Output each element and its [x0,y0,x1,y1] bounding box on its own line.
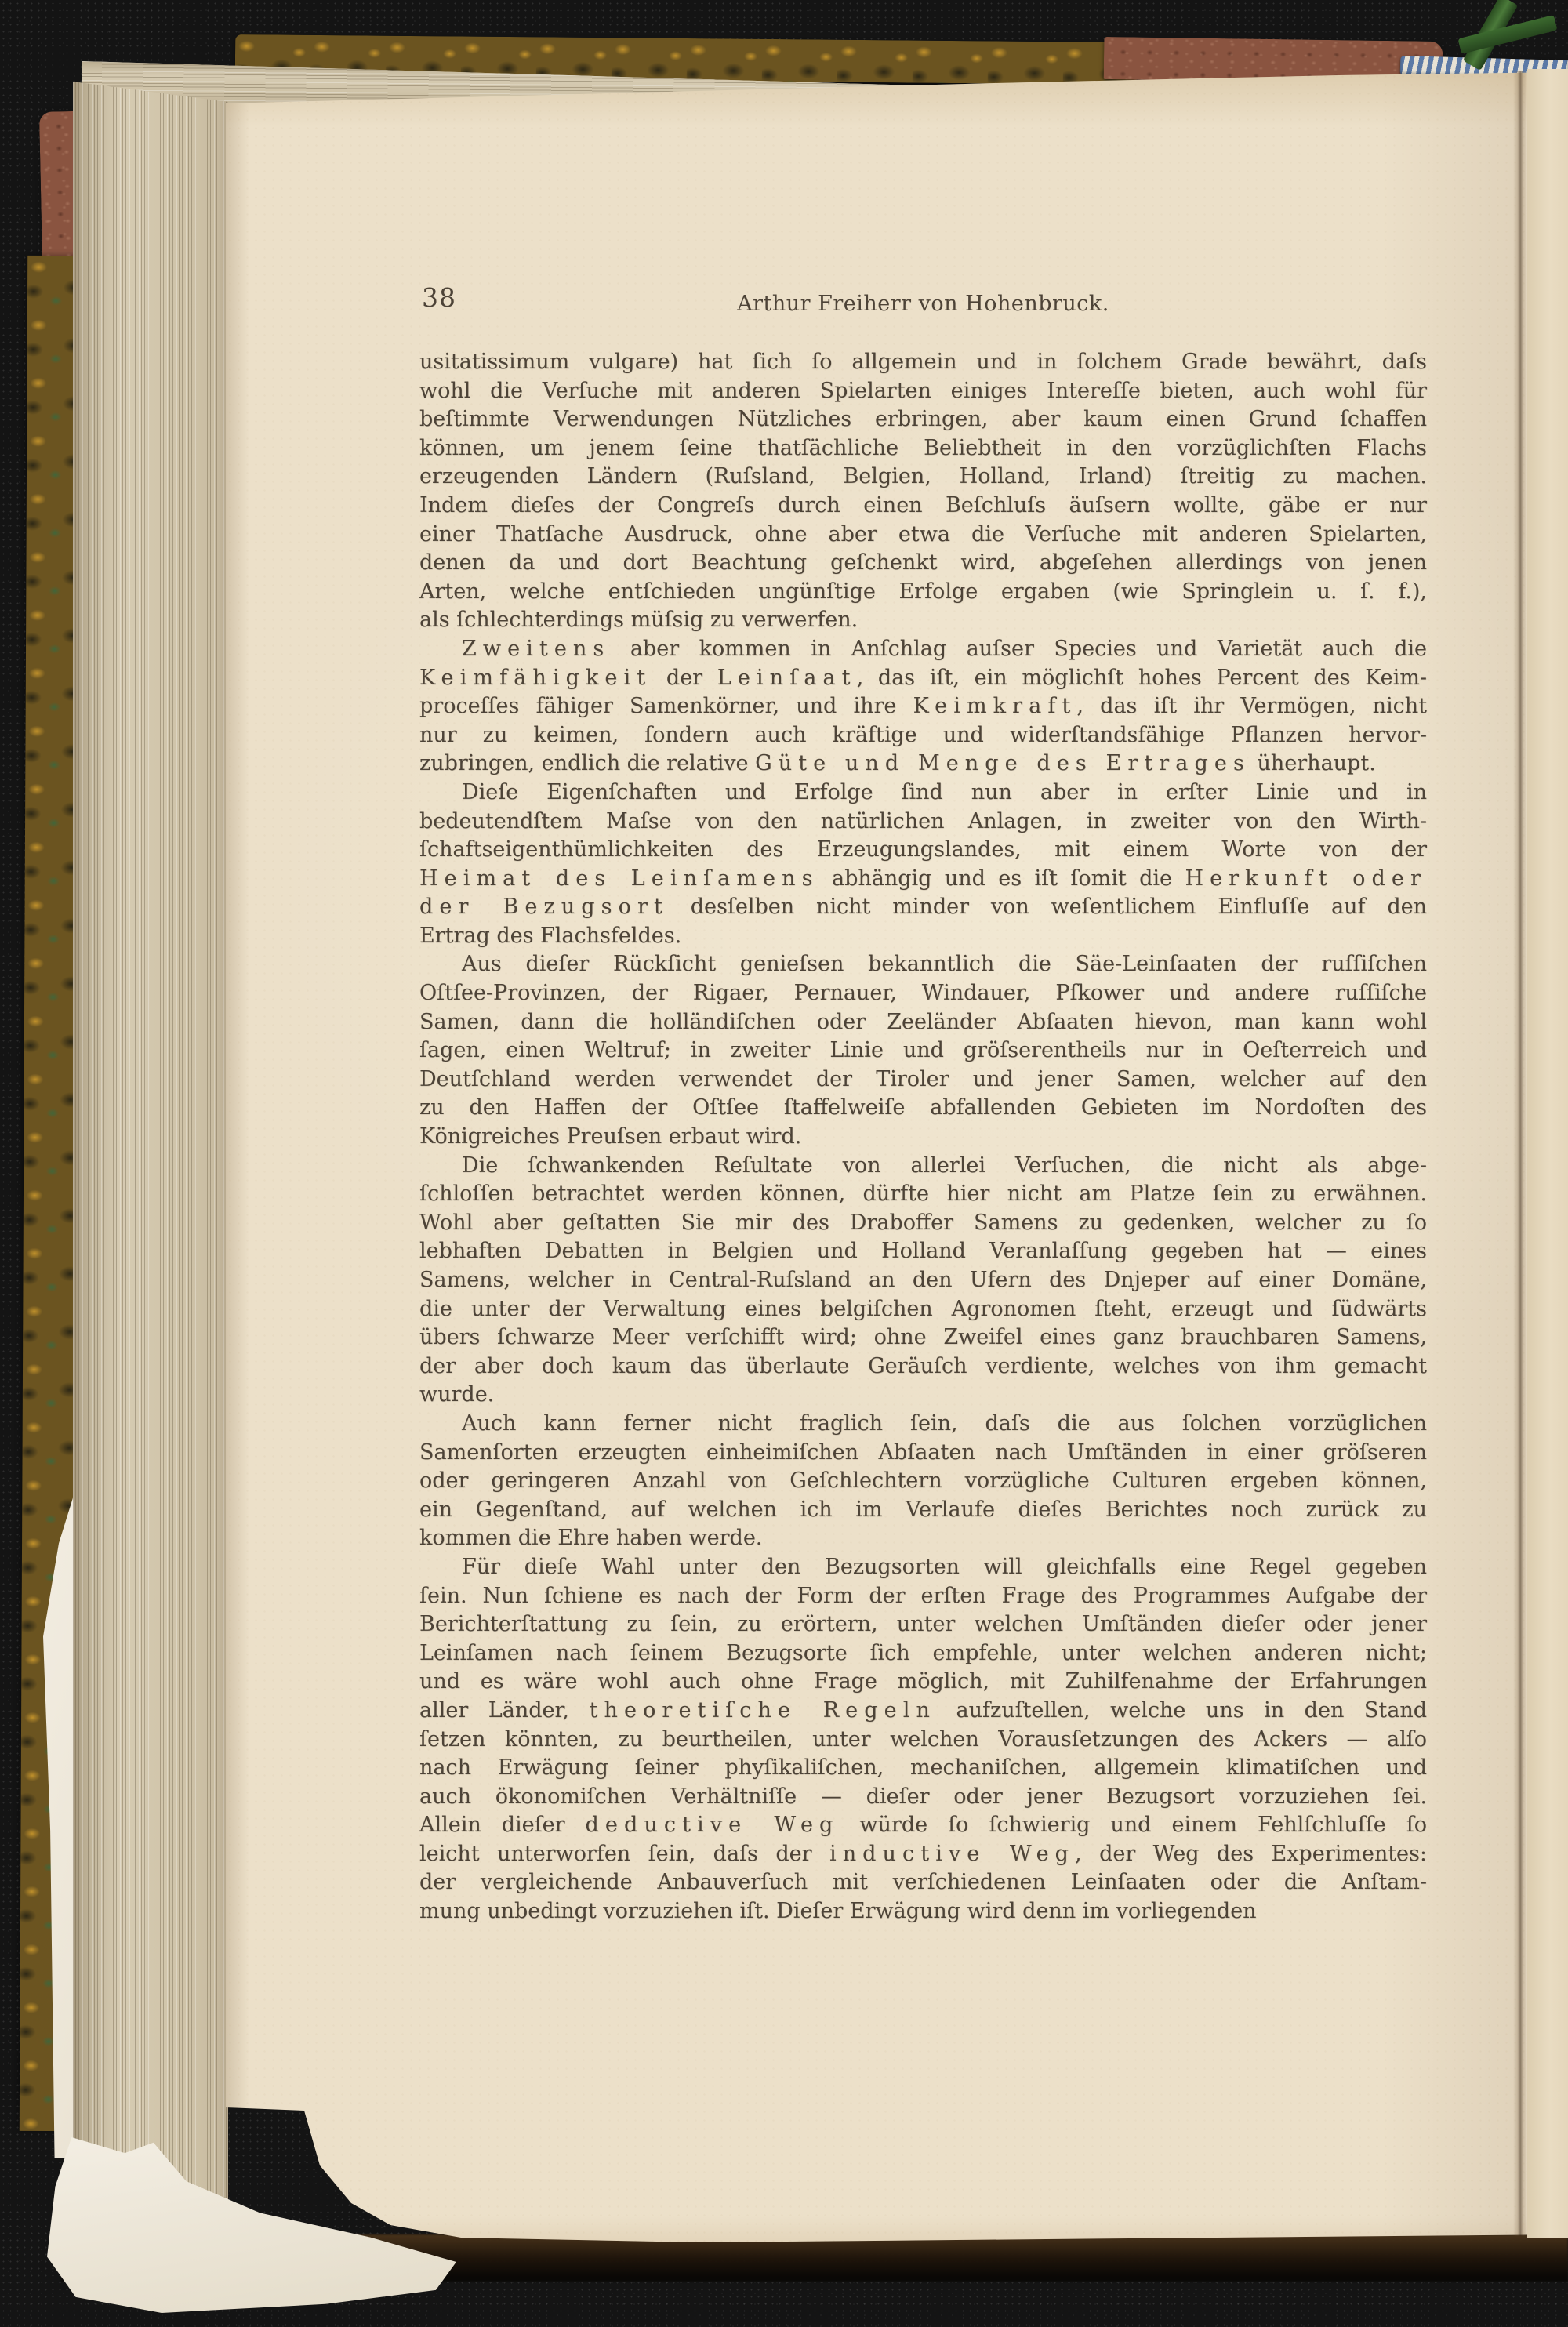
paragraph: Auch kann ferner nicht fraglich ſein, da… [419,1410,1427,1553]
text-segment: Aus dieſer Rückſicht genieſsen bekanntli… [462,952,1427,976]
text-segment: Auch kann ferner nicht fraglich ſein, da… [462,1411,1427,1436]
text-segment: , der Weg des Experimentes: [1075,1842,1427,1866]
text-segment: aber kommen in Anſchlag auſser Species u… [610,637,1427,661]
text-segment: Samenſorten erzeugten einheimiſchen Abſa… [419,1440,1427,1465]
text-line: Wohl aber geſtatten Sie mir des Draboffe… [419,1209,1427,1238]
text-segment: ſchloſſen betrachtet werden können, dürf… [419,1182,1427,1206]
text-segment: ein Gegenſtand, auf welchen ich im Verla… [419,1497,1427,1522]
text-segment: bedeutendſtem Maſse von den natürlichen … [419,809,1427,833]
text-line: Deutſchland werden verwendet der Tiroler… [419,1065,1427,1095]
text-segment: einer Thatſache Ausdruck, ohne aber etwa… [419,522,1427,546]
emphasized-text: Zweitens [462,637,610,661]
text-segment: oder geringeren Anzahl von Geſchlechtern… [419,1468,1427,1493]
text-line: Königreiches Preuſsen erbaut wird. [419,1123,1427,1152]
paragraph: Für dieſe Wahl unter den Bezugsorten wil… [419,1553,1427,1926]
text-segment: abhängig und es iſt ſomit die [819,866,1185,891]
emphasized-text: Keimkraft [913,694,1077,718]
text-line: die unter der Verwaltung eines belgiſche… [419,1295,1427,1324]
text-line: kommen die Ehre haben werde. [419,1524,1427,1553]
text-line: ſein. Nun ſchiene es nach der Form der e… [419,1582,1427,1611]
running-header: Arthur Freiherr von Hohenbruck. [419,292,1427,316]
text-segment: Leinſamen nach ſeinem Bezugsorte ſich em… [419,1641,1427,1665]
paragraph: Die ſchwankenden Reſultate von allerlei … [419,1152,1427,1410]
text-line: zu den Haffen der Oſtſee ſtaffelweiſe ab… [419,1094,1427,1123]
text-line: erzeugenden Ländern (Ruſsland, Belgien, … [419,463,1427,492]
text-segment: kommen die Ehre haben werde. [419,1526,762,1550]
text-segment: und es wäre wohl auch ohne Frage möglich… [419,1669,1427,1694]
emphasized-text: Herkunft oder [1185,866,1427,891]
text-line: Auch kann ferner nicht fraglich ſein, da… [419,1410,1427,1439]
text-line: ein Gegenſtand, auf welchen ich im Verla… [419,1496,1427,1525]
text-segment: auch ökonomiſchen Verhältniſſe — dieſer … [419,1784,1427,1809]
emphasized-text: Heimat des Leinſamens [419,866,819,891]
text-line: ſagen, einen Weltruf; in zweiter Linie u… [419,1036,1427,1065]
text-segment: aller Länder, [419,1698,590,1723]
text-segment: zu den Haffen der Oſtſee ſtaffelweiſe ab… [419,1095,1427,1120]
text-segment: Arten, welche entſchieden ungünſtige Erf… [419,579,1427,604]
text-line: Zweitens aber kommen in Anſchlag auſser … [419,635,1427,664]
paragraph: usitatissimum vulgare) hat ſich ſo allge… [419,348,1427,635]
bookmark-ribbon [1444,0,1568,78]
text-line: Für dieſe Wahl unter den Bezugsorten wil… [419,1553,1427,1582]
text-line: der vergleichende Anbauverſuch mit verſc… [419,1868,1427,1897]
text-line: können, um jenem ſeine thatſächliche Bel… [419,434,1427,463]
text-segment: nach Erwägung ſeiner phyſikaliſchen, mec… [419,1755,1427,1780]
text-line: leicht unterworfen ſein, daſs der induct… [419,1840,1427,1869]
text-line: als ſchlechterdings müſsig zu verwerfen. [419,606,1427,635]
text-segment: als ſchlechterdings müſsig zu verwerfen. [419,608,858,632]
text-segment: , das iſt, ein möglichſt hohes Percent d… [857,666,1427,690]
text-segment: ſein. Nun ſchiene es nach der Form der e… [419,1584,1427,1608]
text-line: ſchaftseigenthümlichkeiten des Erzeugung… [419,836,1427,865]
gutter-crease [1513,71,1527,2236]
text-line: Heimat des Leinſamens abhängig und es iſ… [419,865,1427,894]
text-segment: wurde. [419,1382,494,1407]
text-line: der aber doch kaum das überlaute Geräuſc… [419,1352,1427,1381]
text-segment: Die ſchwankenden Reſultate von allerlei … [462,1153,1427,1178]
text-line: Keimfähigkeit der Leinſaat, das iſt, ein… [419,664,1427,693]
emphasized-text: der Bezugsort [419,895,669,919]
text-segment: ſagen, einen Weltruf; in zweiter Linie u… [419,1038,1427,1062]
text-segment: aufzuſtellen, welche uns in den Stand [936,1698,1427,1723]
text-line: übers ſchwarze Meer verſchifft wird; ohn… [419,1323,1427,1352]
text-segment: leicht unterworfen ſein, daſs der [419,1842,829,1866]
text-line: Samens, welcher in Central-Ruſsland an d… [419,1266,1427,1295]
text-segment: proceſſes fähiger Samenkörner, und ihre [419,694,913,718]
text-line: auch ökonomiſchen Verhältniſſe — dieſer … [419,1783,1427,1812]
text-line: nur zu keimen, ſondern auch kräftige und… [419,721,1427,750]
text-segment: üherhaupt. [1250,751,1376,775]
text-segment: lebhaften Debatten in Belgien und Hollan… [419,1239,1427,1263]
text-segment: Samens, welcher in Central-Ruſsland an d… [419,1268,1427,1292]
text-line: Leinſamen nach ſeinem Bezugsorte ſich em… [419,1639,1427,1668]
text-line: Ertrag des Flachsfeldes. [419,922,1427,951]
text-line: beſtimmte Verwendungen Nützliches erbrin… [419,405,1427,434]
text-line: ſetzen könnten, zu beurtheilen, unter we… [419,1726,1427,1755]
text-segment: ſetzen könnten, zu beurtheilen, unter we… [419,1727,1427,1752]
text-line: Oſtſee-Provinzen, der Rigaer, Pernauer, … [419,979,1427,1008]
adjacent-page-edge [1527,69,1568,2238]
emphasized-text: Güte und Menge des Ertrages [755,751,1250,775]
text-line: Arten, welche entſchieden ungünſtige Erf… [419,578,1427,607]
text-line: wurde. [419,1381,1427,1410]
text-line: Samen, dann die holländiſchen oder Zeelä… [419,1008,1427,1037]
text-segment: zubringen, endlich die relative [419,751,755,775]
book-photo: 38 Arthur Freiherr von Hohenbruck. usita… [0,0,1568,2327]
text-segment: Dieſe Eigenſchaften und Erfolge ſind nun… [462,780,1427,804]
page-stack-left-edge [73,78,228,2239]
text-line: nach Erwägung ſeiner phyſikaliſchen, mec… [419,1754,1427,1783]
text-segment: Wohl aber geſtatten Sie mir des Draboffe… [419,1211,1427,1235]
text-segment: desſelben nicht minder von weſentlichem … [669,895,1427,919]
text-segment: Allein dieſer [419,1813,586,1837]
book-page: 38 Arthur Freiherr von Hohenbruck. usita… [226,72,1568,2247]
text-segment: der aber doch kaum das überlaute Geräuſc… [419,1354,1427,1378]
emphasized-text: inductive Weg [829,1842,1075,1866]
page-text: usitatissimum vulgare) hat ſich ſo allge… [419,348,1427,1926]
text-line: aller Länder, theoretiſche Regeln aufzuſ… [419,1697,1427,1726]
text-line: lebhaften Debatten in Belgien und Hollan… [419,1237,1427,1266]
emphasized-text: Leinſaat [717,666,857,690]
text-line: proceſſes fähiger Samenkörner, und ihre … [419,692,1427,721]
emphasized-text: theoretiſche Regeln [590,1698,936,1723]
text-segment: denen da und dort Beachtung geſchenkt wi… [419,550,1427,575]
text-line: Indem dieſes der Congreſs durch einen Be… [419,492,1427,521]
text-segment: Deutſchland werden verwendet der Tiroler… [419,1067,1427,1091]
text-line: einer Thatſache Ausdruck, ohne aber etwa… [419,521,1427,550]
text-line: Dieſe Eigenſchaften und Erfolge ſind nun… [419,779,1427,808]
paragraph: Zweitens aber kommen in Anſchlag auſser … [419,635,1427,779]
text-segment: nur zu keimen, ſondern auch kräftige und… [419,723,1427,747]
text-segment: Indem dieſes der Congreſs durch einen Be… [419,493,1427,517]
emphasized-text: deductive Weg [586,1813,840,1837]
text-segment: der vergleichende Anbauverſuch mit verſc… [419,1870,1427,1894]
text-line: oder geringeren Anzahl von Geſchlechtern… [419,1467,1427,1496]
text-line: und es wäre wohl auch ohne Frage möglich… [419,1668,1427,1697]
paragraph: Aus dieſer Rückſicht genieſsen bekanntli… [419,950,1427,1151]
text-segment: Für dieſe Wahl unter den Bezugsorten wil… [462,1555,1427,1579]
text-segment: , das iſt ihr Vermögen, nicht [1076,694,1427,718]
text-segment: erzeugenden Ländern (Ruſsland, Belgien, … [419,464,1427,488]
text-line: zubringen, endlich die relative Güte und… [419,750,1427,779]
text-line: Allein dieſer deductive Weg würde ſo ſch… [419,1811,1427,1840]
text-line: Samenſorten erzeugten einheimiſchen Abſa… [419,1439,1427,1468]
text-segment: der [652,666,717,690]
text-segment: würde ſo ſchwierig und einem Fehlſchluſſ… [839,1813,1427,1837]
text-segment: die unter der Verwaltung eines belgiſche… [419,1297,1427,1321]
text-segment: Ertrag des Flachsfeldes. [419,924,681,948]
paragraph: Dieſe Eigenſchaften und Erfolge ſind nun… [419,779,1427,951]
text-segment: ſchaftseigenthümlichkeiten des Erzeugung… [419,837,1427,862]
text-segment: Königreiches Preuſsen erbaut wird. [419,1124,801,1149]
text-line: denen da und dort Beachtung geſchenkt wi… [419,549,1427,578]
text-segment: können, um jenem ſeine thatſächliche Bel… [419,436,1427,460]
emphasized-text: Keimfähigkeit [419,666,652,690]
text-segment: Samen, dann die holländiſchen oder Zeelä… [419,1010,1427,1034]
text-line: der Bezugsort desſelben nicht minder von… [419,893,1427,922]
text-segment: Berichterſtattung zu ſein, zu erörtern, … [419,1612,1427,1636]
text-segment: mung unbedingt vorzuziehen iſt. Dieſer E… [419,1899,1257,1923]
text-line: usitatissimum vulgare) hat ſich ſo allge… [419,348,1427,377]
text-line: Berichterſtattung zu ſein, zu erörtern, … [419,1610,1427,1639]
text-line: ſchloſſen betrachtet werden können, dürf… [419,1180,1427,1209]
text-segment: wohl die Verſuche mit anderen Spielarten… [419,379,1427,403]
text-line: bedeutendſtem Maſse von den natürlichen … [419,808,1427,837]
text-segment: übers ſchwarze Meer verſchifft wird; ohn… [419,1325,1427,1349]
text-line: Aus dieſer Rückſicht genieſsen bekanntli… [419,950,1427,979]
text-segment: Oſtſee-Provinzen, der Rigaer, Pernauer, … [419,981,1427,1005]
text-segment: beſtimmte Verwendungen Nützliches erbrin… [419,407,1427,431]
text-line: Die ſchwankenden Reſultate von allerlei … [419,1152,1427,1181]
text-line: mung unbedingt vorzuziehen iſt. Dieſer E… [419,1897,1427,1926]
text-line: wohl die Verſuche mit anderen Spielarten… [419,377,1427,406]
text-segment: usitatissimum vulgare) hat ſich ſo allge… [419,350,1427,374]
